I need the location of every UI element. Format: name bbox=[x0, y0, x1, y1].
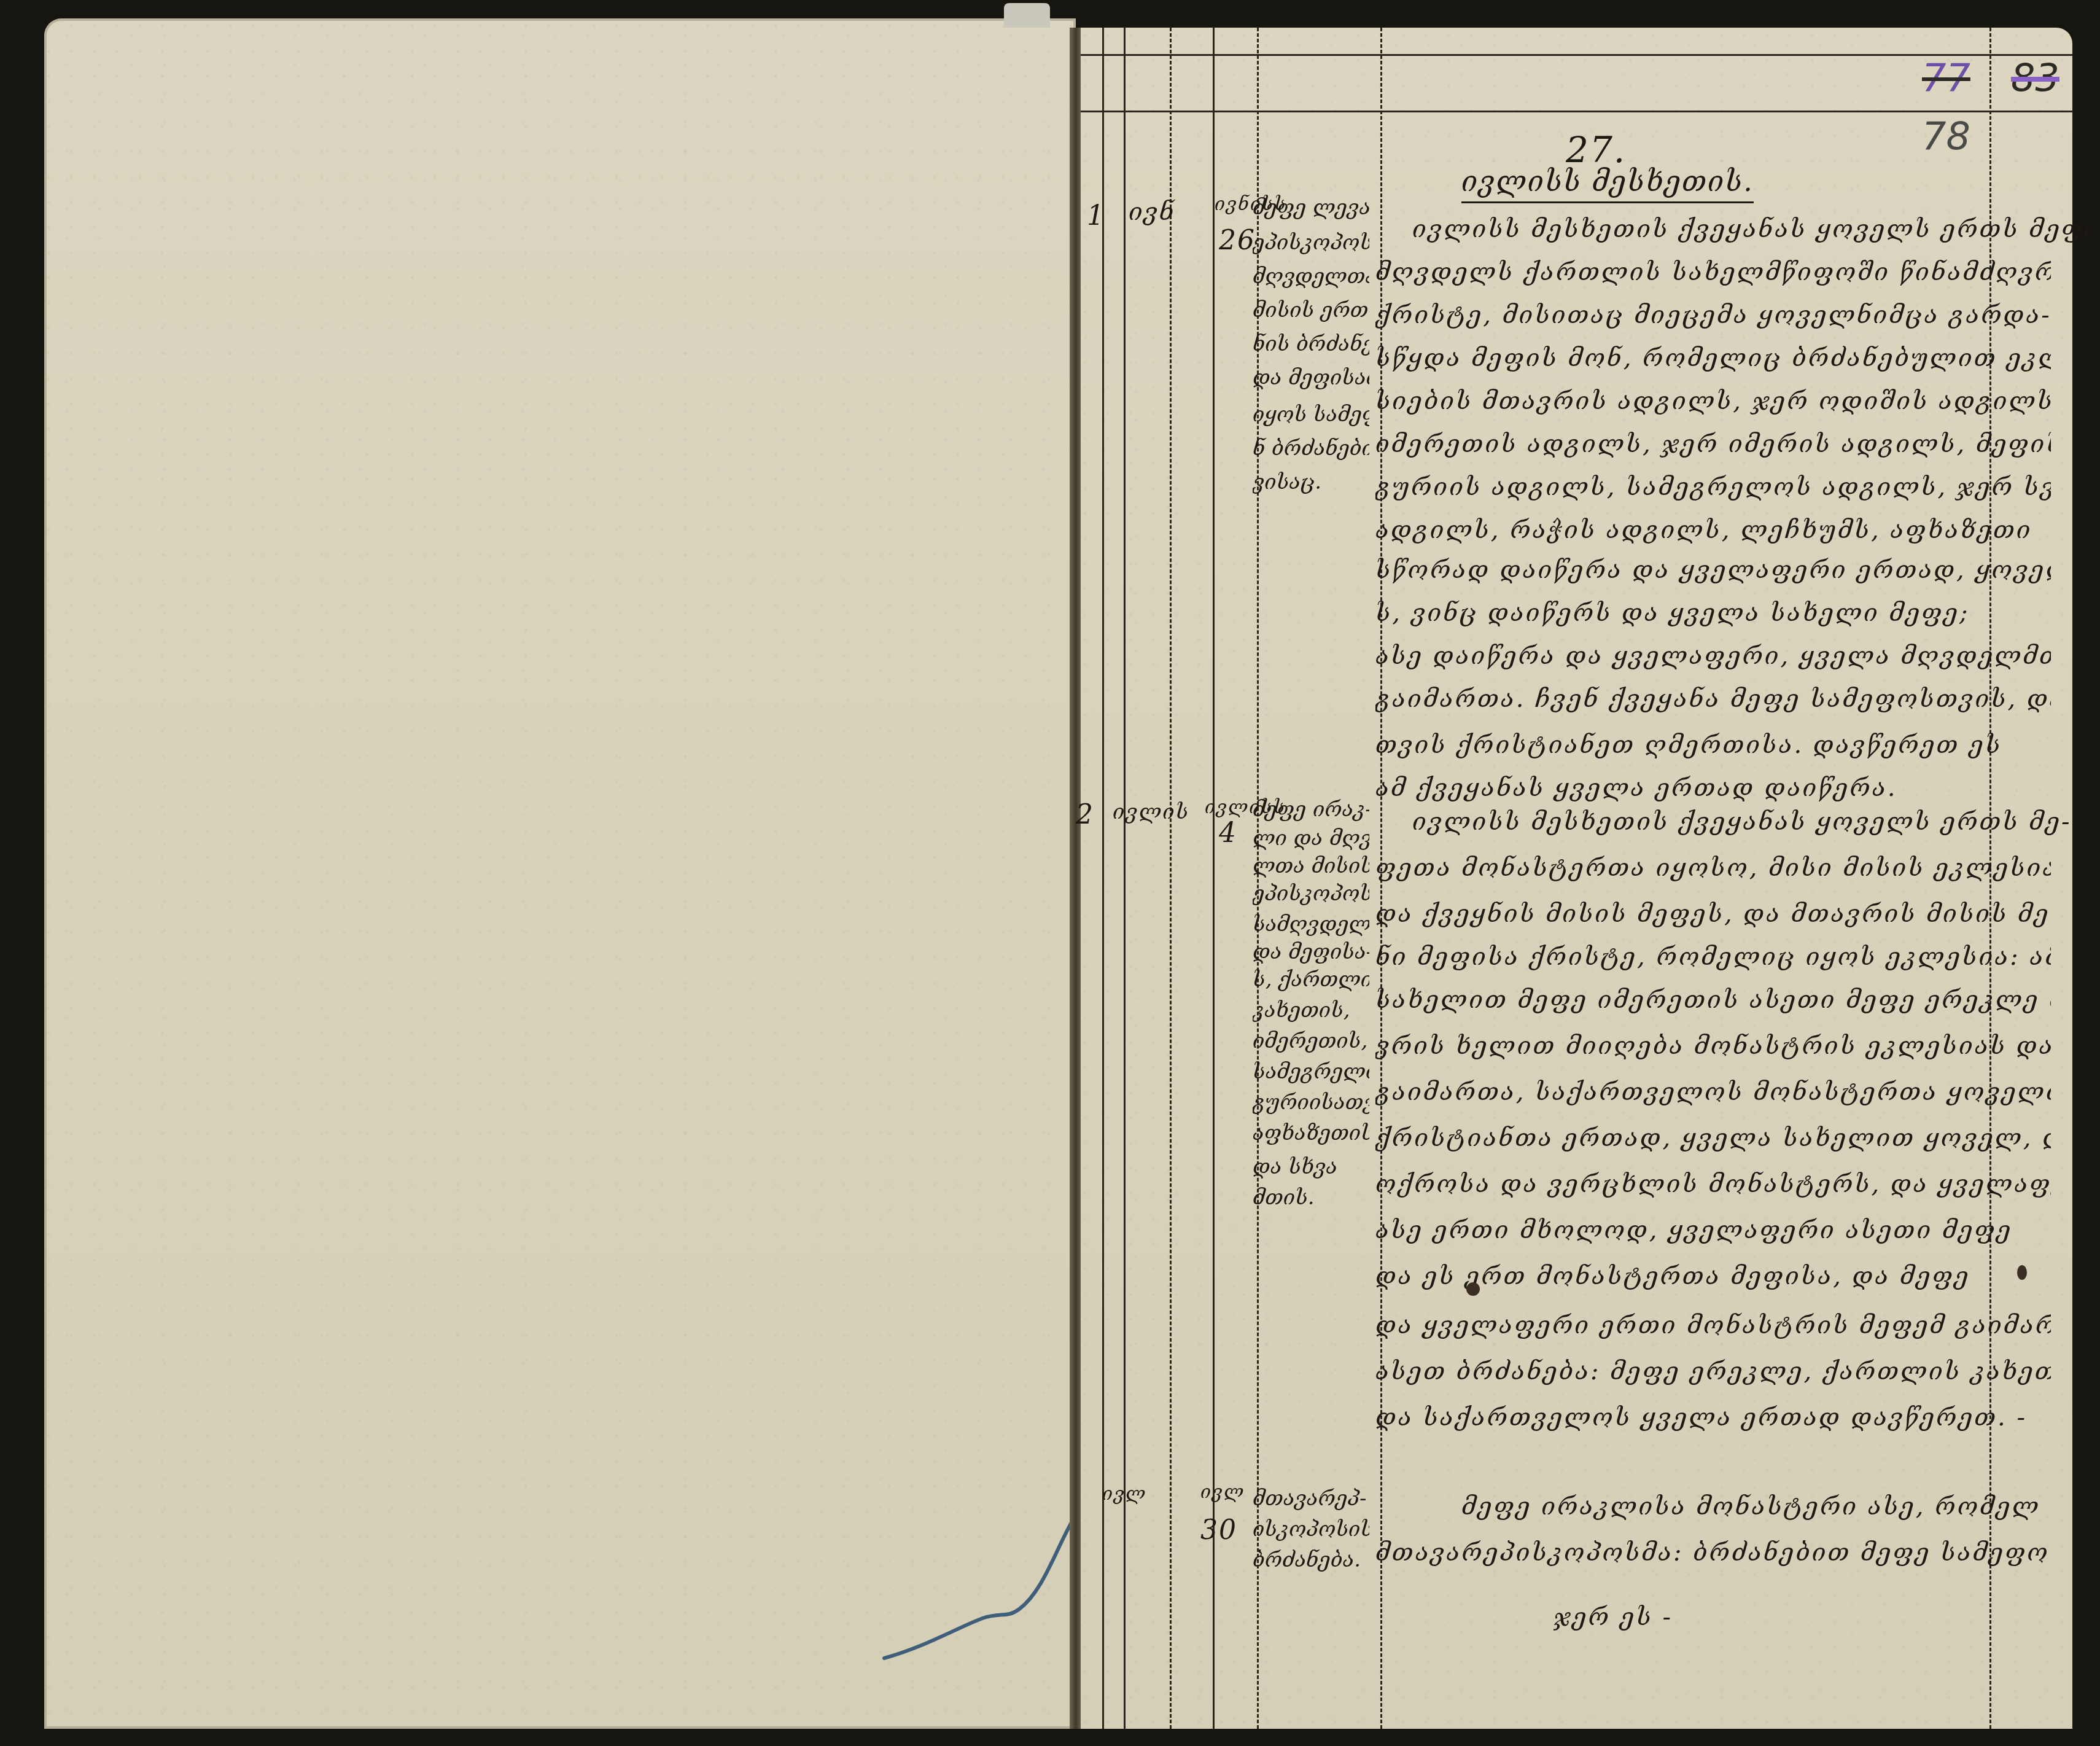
header-rule bbox=[1081, 111, 2072, 112]
entry-2-day: 4 bbox=[1219, 820, 1237, 847]
left-page-blank bbox=[44, 18, 1076, 1729]
entry-3-date-label: ივლ bbox=[1200, 1483, 1245, 1502]
entry-3-month: ივლ bbox=[1102, 1485, 1146, 1503]
ink-stain bbox=[1466, 1282, 1480, 1296]
column-divider-3 bbox=[1170, 28, 1172, 1729]
folio-number-struck-77: 77 bbox=[1922, 55, 1970, 100]
heading-number: 27. bbox=[1566, 132, 1626, 168]
column-divider-4 bbox=[1213, 28, 1215, 1729]
entry-1-number: 1 bbox=[1087, 203, 1105, 230]
blue-pencil-mark bbox=[872, 1511, 1081, 1683]
column-divider-2 bbox=[1124, 28, 1126, 1729]
ink-stain-margin bbox=[2017, 1265, 2027, 1280]
column-divider-1 bbox=[1102, 28, 1104, 1729]
folio-number-struck-83: 83 bbox=[2011, 55, 2059, 100]
folio-number-current: 78 bbox=[1922, 114, 1970, 158]
entry-3-day: 30 bbox=[1200, 1517, 1237, 1544]
entry-1-month: ივნ bbox=[1129, 200, 1175, 224]
heading-title: ივლისს მესხეთის. bbox=[1461, 167, 1754, 203]
entry-1-day: 26 bbox=[1219, 227, 1256, 254]
binding-thread bbox=[1004, 3, 1050, 28]
book-gutter bbox=[1070, 28, 1082, 1729]
entry-2-month: ივლის bbox=[1113, 801, 1189, 822]
entry-2-number: 2 bbox=[1076, 801, 1094, 828]
